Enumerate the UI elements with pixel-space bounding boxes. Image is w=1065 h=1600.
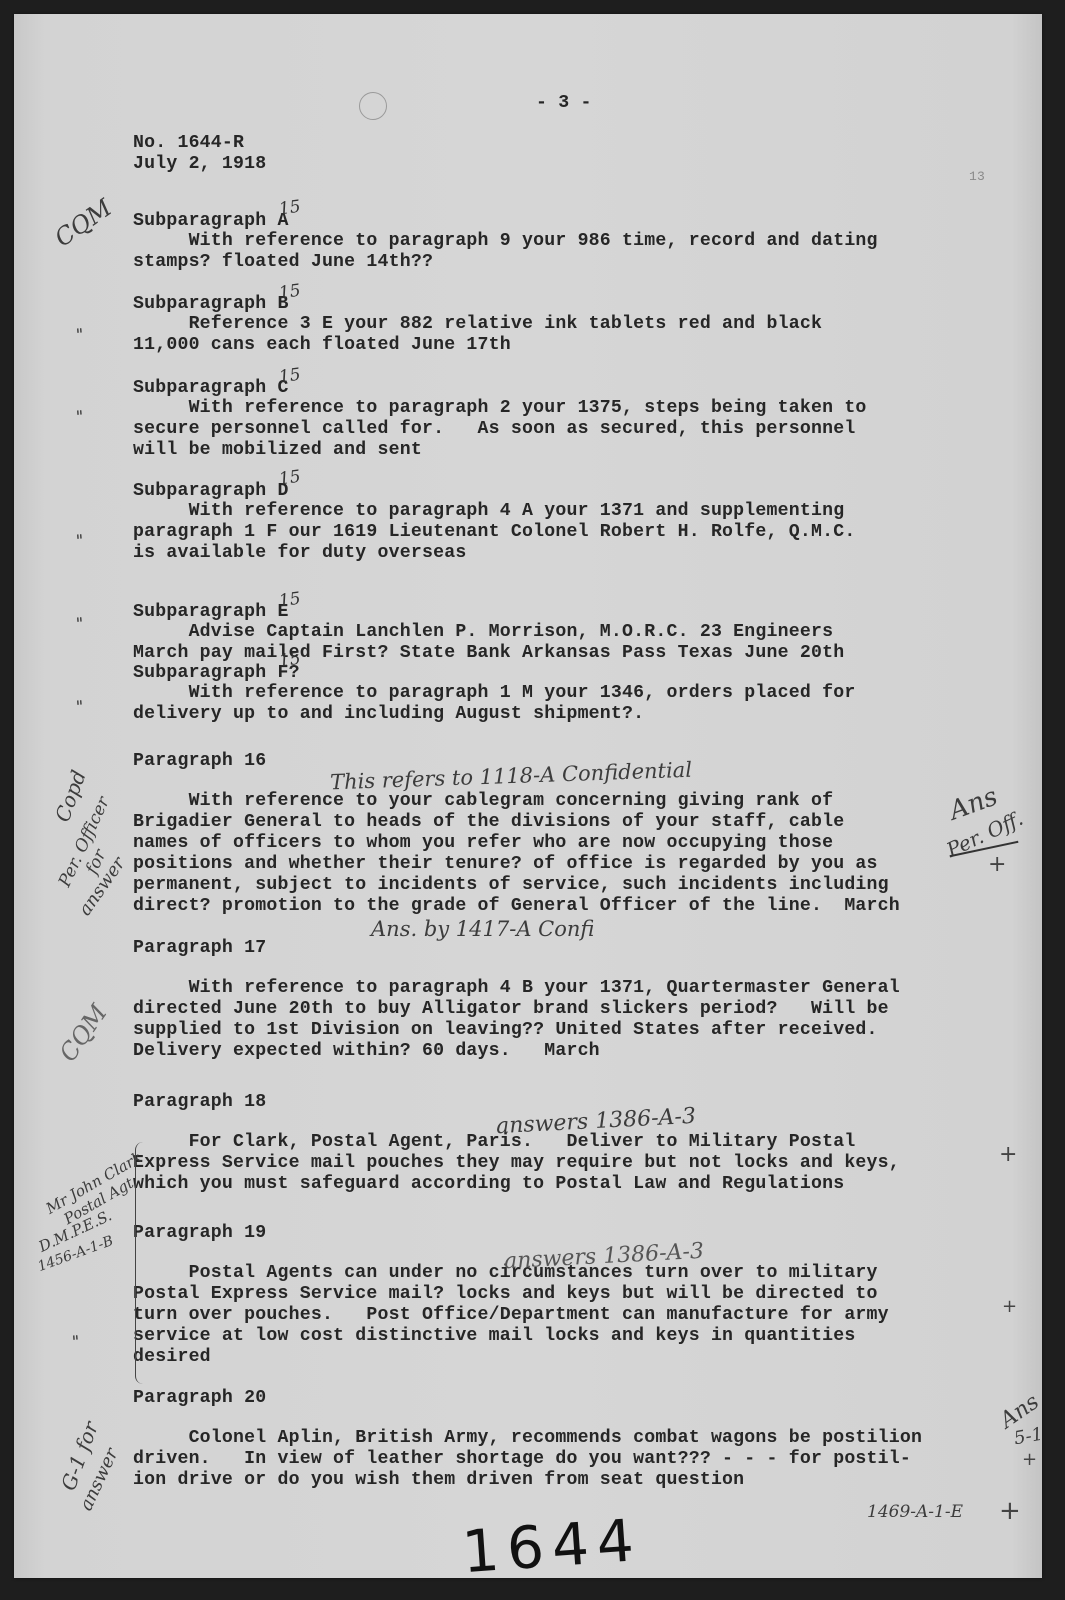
ditto-mark: " <box>75 407 84 426</box>
ditto-mark: " <box>75 697 84 716</box>
plus-mark: + <box>999 1496 1021 1526</box>
section-text-line: With reference to paragraph 4 B your 137… <box>133 978 900 999</box>
corner-stamp: 13 <box>969 166 985 187</box>
section-heading: Paragraph 20 <box>133 1388 266 1409</box>
handwritten-mark-15: 15 <box>278 467 302 490</box>
handwritten-mark-15: 15 <box>278 365 302 388</box>
section-text-line: Advise Captain Lanchlen P. Morrison, M.O… <box>133 622 833 643</box>
section-text-line: Express Service mail pouches they may re… <box>133 1153 900 1174</box>
section-text-line: service at low cost distinctive mail loc… <box>133 1326 855 1347</box>
section-text-line: direct? promotion to the grade of Genera… <box>133 896 900 917</box>
ditto-mark: " <box>75 531 84 550</box>
section-heading: Paragraph 18 <box>133 1092 266 1113</box>
page-marker: - 3 - <box>536 93 592 114</box>
document-number: No. 1644-R <box>133 133 244 154</box>
margin-note-cqm: CQM <box>50 194 117 253</box>
section-heading: Subparagraph B <box>133 294 289 315</box>
section-text-line: which you must safeguard according to Po… <box>133 1174 844 1195</box>
annotation-answered-by: Ans. by 1417-A Confi <box>371 917 594 941</box>
section-text-line: For Clark, Postal Agent, Paris. Deliver … <box>133 1132 855 1153</box>
section-text-line: paragraph 1 F our 1619 Lieutenant Colone… <box>133 522 855 543</box>
ditto-mark: " <box>71 1332 80 1351</box>
section-text-line: With reference to paragraph 2 your 1375,… <box>133 398 867 419</box>
section-text-line: secure personnel called for. As soon as … <box>133 419 855 440</box>
plus-mark: + <box>999 1142 1017 1167</box>
handwritten-mark-15: 15 <box>278 589 302 612</box>
section-heading: Subparagraph D <box>133 481 289 502</box>
section-text-line: supplied to 1st Division on leaving?? Un… <box>133 1020 878 1041</box>
annotation-refers-to: This refers to 1118-A Confidential <box>330 758 693 795</box>
section-text-line: will be mobilized and sent <box>133 440 422 461</box>
ditto-mark: " <box>75 614 84 633</box>
section-text-line: March pay mailed First? State Bank Arkan… <box>133 643 844 664</box>
section-heading: Paragraph 17 <box>133 938 266 959</box>
section-heading: Subparagraph F? <box>133 663 300 684</box>
margin-note-cqm: CQM <box>54 999 113 1066</box>
margin-bracket <box>135 1142 146 1384</box>
section-text-line: With reference to paragraph 1 M your 134… <box>133 683 855 704</box>
plus-mark: + <box>1022 1449 1037 1470</box>
section-heading: Subparagraph C <box>133 378 289 399</box>
handwritten-mark-15: 15 <box>278 281 302 304</box>
handwritten-mark-15: 15 <box>278 197 302 220</box>
section-text-line: Postal Express Service mail? locks and k… <box>133 1284 878 1305</box>
handwritten-page-number: 1644 <box>460 1506 644 1586</box>
section-text-line: directed June 20th to buy Alligator bran… <box>133 999 889 1020</box>
section-text-line: is available for duty overseas <box>133 543 466 564</box>
section-text-line: With reference to paragraph 4 A your 137… <box>133 501 844 522</box>
section-text-line: delivery up to and including August ship… <box>133 704 644 725</box>
document-page: - 3 - 13 No. 1644-R July 2, 1918 Subpara… <box>14 14 1042 1578</box>
section-text-line: positions and whether their tenure? of o… <box>133 854 878 875</box>
document-date: July 2, 1918 <box>133 154 266 175</box>
section-text-line: 11,000 cans each floated June 17th <box>133 335 511 356</box>
section-heading: Paragraph 19 <box>133 1223 266 1244</box>
section-text-line: Colonel Aplin, British Army, recommends … <box>133 1428 922 1449</box>
handwritten-mark-15: 15 <box>278 649 302 672</box>
section-text-line: Reference 3 E your 882 relative ink tabl… <box>133 314 822 335</box>
section-text-line: With reference to paragraph 9 your 986 t… <box>133 231 878 252</box>
section-text-line: ion drive or do you wish them driven fro… <box>133 1470 744 1491</box>
section-text-line: names of officers to whom you refer who … <box>133 833 833 854</box>
ditto-mark: " <box>75 325 84 344</box>
section-text-line: stamps? floated June 14th?? <box>133 252 433 273</box>
annotation-5-1: 5-1 <box>1012 1424 1044 1450</box>
section-heading: Paragraph 16 <box>133 751 266 772</box>
section-text-line: With reference to your cablegram concern… <box>133 791 833 812</box>
plus-mark: + <box>988 852 1006 877</box>
section-text-line: driven. In view of leather shortage do y… <box>133 1449 911 1470</box>
section-text-line: Brigadier General to heads of the divisi… <box>133 812 844 833</box>
section-heading: Subparagraph E <box>133 602 289 623</box>
section-text-line: turn over pouches. Post Office/Departmen… <box>133 1305 889 1326</box>
plus-mark: + <box>1002 1296 1017 1317</box>
punch-hole <box>359 92 387 120</box>
section-text-line: Delivery expected within? 60 days. March <box>133 1041 600 1062</box>
section-heading: Subparagraph A <box>133 211 289 232</box>
section-text-line: permanent, subject to incidents of servi… <box>133 875 889 896</box>
annotation-ref-1469: 1469-A-1-E <box>867 1502 963 1522</box>
